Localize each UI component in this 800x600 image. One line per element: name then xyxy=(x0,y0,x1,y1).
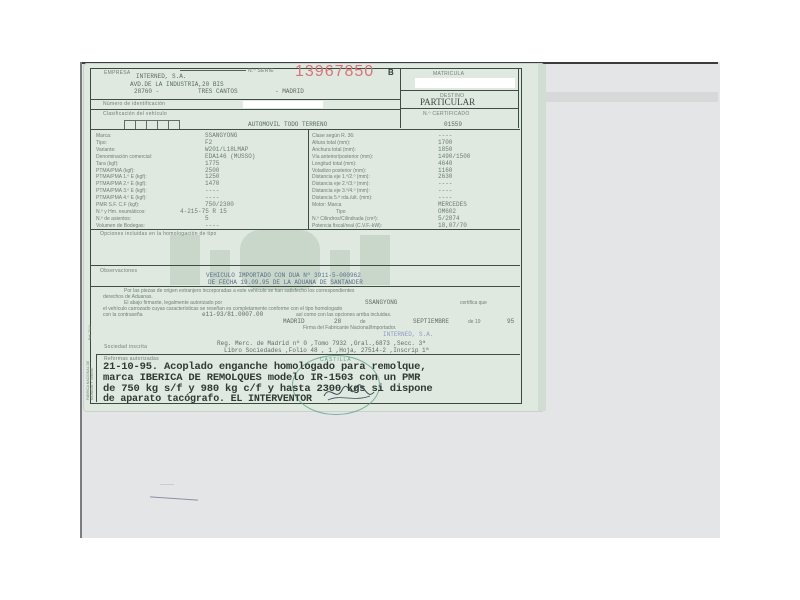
matricula-label: MATRICULA xyxy=(433,71,464,77)
scanner-strip xyxy=(540,92,718,102)
spec-right-label: Vía anterior/posterior (mm): xyxy=(312,154,373,160)
spec-right-label: Motor: Marca xyxy=(312,202,341,208)
spec-left-label: N.º de asientos: xyxy=(96,216,131,222)
spec-right-label: Distancia eje 1.º/2.º (mm): xyxy=(312,174,370,180)
card-edge xyxy=(538,64,546,411)
spec-left-label: PTMA/PMA 4.º E (kgf): xyxy=(96,195,147,201)
serie-label: N.º SERIE xyxy=(248,68,274,74)
sociedad-line-2: Libro Sociedades ,Folio 48 , 1 ,Hoja, 27… xyxy=(224,347,429,354)
spec-left-label: PTMA/PMA 3.º E (kgf): xyxy=(96,188,147,194)
empresa-name: INTERNED, S.A. xyxy=(136,73,186,80)
destino-rule xyxy=(400,108,518,109)
certificacion-rule xyxy=(90,286,520,287)
cert-line-1: Por las piezas de origen extranjero inco… xyxy=(124,288,354,294)
destino-value: PARTICULAR xyxy=(420,97,475,107)
reformas-rule xyxy=(96,354,520,355)
sociedad-label: Sociedad inscrita xyxy=(104,344,147,350)
serie-suffix: B xyxy=(388,68,394,77)
cert-line-3-suffix: certifica que xyxy=(460,300,487,306)
matricula-rule xyxy=(400,90,518,91)
pen-mark-faint xyxy=(160,484,174,485)
spec-left-label: N.º y Hm. neumáticos: xyxy=(96,209,146,215)
empresa-postcode: 28760 - xyxy=(134,88,159,95)
spec-right-label: Voladizo posterior (mm): xyxy=(312,168,366,174)
side-ref-text: Ref. 7014 xyxy=(88,325,92,340)
observaciones-line-1: VEHICULO IMPORTADO CON DUA Nº 3911-5-000… xyxy=(206,272,361,279)
spec-right-value: 18,07/70 xyxy=(438,222,467,229)
interventor-signature xyxy=(320,382,378,404)
spec-left-value: ---- xyxy=(205,222,219,229)
identificacion-rule xyxy=(90,109,400,110)
spec-right-label: Distancia eje 3.º/4.º (mm): xyxy=(312,188,370,194)
spec-left-label: PTMA/PMA 2.º E (kgf): xyxy=(96,181,147,187)
empresa-province: - MADRID xyxy=(275,88,304,95)
observaciones-label: Observaciones xyxy=(100,268,137,274)
spec-right-label: Distancia eje 2.º/3.º (mm): xyxy=(312,181,370,187)
matricula-redacted xyxy=(415,78,515,88)
spec-left-label: Denominación comercial: xyxy=(96,154,152,160)
cert-day: 28 xyxy=(334,318,341,325)
numero-identificacion-redacted xyxy=(243,101,323,108)
clasificacion-label: Clasificación del vehículo xyxy=(103,111,167,117)
cert-line-5-suffix: así como con las opciones arriba incluid… xyxy=(296,312,391,318)
sociedad-line-1: Reg. Merc. de Madrid nº 0 ,Tomo 7932 ,Gr… xyxy=(217,340,426,347)
observaciones-line-2: DE FECHA 19.09.95 DE LA ADUANA DE SANTAN… xyxy=(208,279,363,286)
spec-right-label: Anchura total (mm): xyxy=(312,147,356,153)
empresa-address: AVD.DE LA INDUSTRIA,20 BIS xyxy=(130,81,224,88)
spec-right-label: Distancia 5.ª rda./ult. (mm): xyxy=(312,195,372,201)
empresa-city: TRES CANTOS xyxy=(198,88,238,95)
reforma-line-4: de aparato tacógrafo. EL INTERVENTOR xyxy=(103,394,312,405)
cert-contrasena: e11-93/81.0007.00 xyxy=(202,311,263,318)
opciones-rule xyxy=(90,229,520,230)
cert-line-5-prefix: con la contraseña xyxy=(103,312,142,318)
cert-month: SEPTIEMBRE xyxy=(413,318,449,325)
specs-divider xyxy=(308,129,309,229)
opciones-label: Opciones incluidas en la homologación de… xyxy=(100,231,217,237)
spec-left-label: PTMA/PMA 1.º E (kgf): xyxy=(96,174,147,180)
clasificacion-value: AUTOMOVIL TODO TERRENO xyxy=(248,121,327,128)
spec-left-label: Volumen de Bodegas: xyxy=(96,223,145,229)
cert-year: 95 xyxy=(507,318,514,325)
cert-place: MADRID xyxy=(283,318,305,325)
spec-right-label: Tipo xyxy=(336,209,346,215)
spec-left-label: PMR S.F. C.F (kgf): xyxy=(96,202,139,208)
certificado-label: N.º CERTIFICADO xyxy=(423,111,470,117)
spec-left-label: Tipo: xyxy=(96,140,107,146)
cert-manufacturer: SSANGYONG xyxy=(365,299,397,306)
spec-right-label: Longitud total (mm): xyxy=(312,161,356,167)
serie-rule xyxy=(180,70,246,71)
right-box-divider xyxy=(400,68,401,128)
empresa-label: EMPRESA xyxy=(104,70,131,76)
spec-right-label: Altura total (mm): xyxy=(312,140,350,146)
observaciones-rule xyxy=(90,265,520,266)
cert-year-prefix: de 19 xyxy=(468,319,481,325)
spec-left-label: PTMA/PMA (kgf): xyxy=(96,168,135,174)
spec-left-label: Tara (kgf): xyxy=(96,161,119,167)
serie-number: 13967850 xyxy=(295,63,374,81)
spec-right-label: Clase según R. 36: xyxy=(312,133,355,139)
reformas-left-rule xyxy=(96,354,97,402)
cert-firma-stamp: INTERNED, S.A. xyxy=(383,331,433,338)
right-box-edge xyxy=(518,68,519,128)
specs-top-rule xyxy=(90,129,520,130)
spec-left-label: Variante: xyxy=(96,147,116,153)
spec-right-label: Potencia fiscal/real (C.V.F.-kW): xyxy=(312,223,382,229)
identificacion-top-rule xyxy=(90,99,400,100)
numero-identificacion-label: Número de identificación xyxy=(103,101,165,107)
side-fnmt-text: FABRICA NACIONAL DE MONEDA Y TIMBRE xyxy=(86,360,94,400)
certificado-value: 01559 xyxy=(444,121,462,128)
spec-right-label: N.º Cilindros/Cilindrada (cm³): xyxy=(312,216,378,222)
spec-left-label: Marca: xyxy=(96,133,111,139)
spec-left-value: 4-215-75 R 15 xyxy=(180,208,227,215)
